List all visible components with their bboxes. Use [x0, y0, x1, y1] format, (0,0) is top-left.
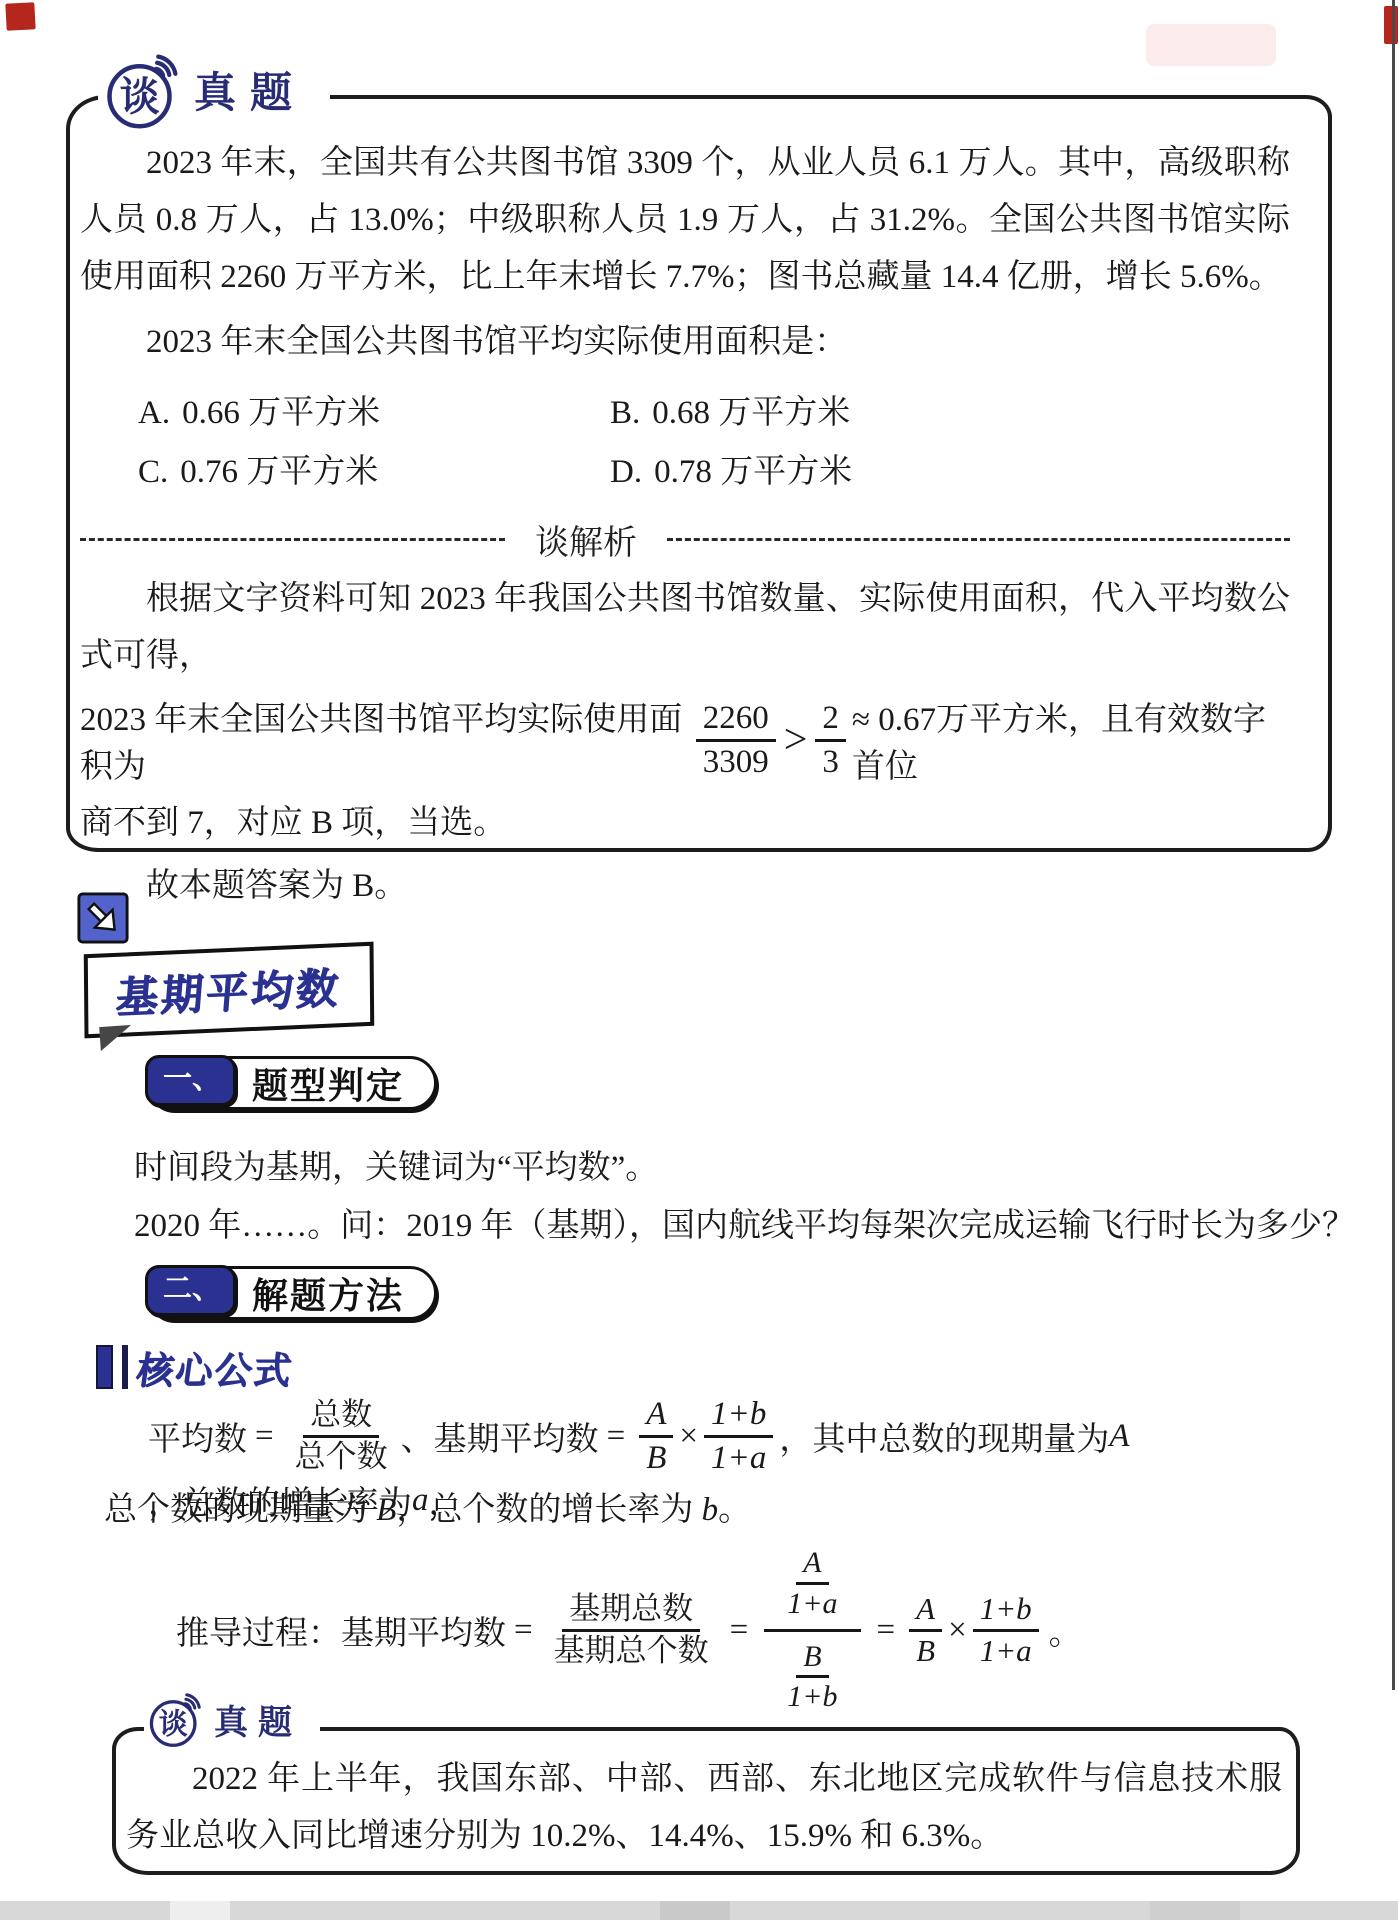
- exam1-options: A. 0.66 万平方米 B. 0.68 万平方米 C. 0.76 万平方米 D…: [138, 385, 1290, 501]
- fraction-2-3: 2 3: [815, 700, 846, 781]
- core-formula-line2: 总个数的现期量为 B，总个数的增长率为 b。: [104, 1488, 751, 1532]
- badge-label: 真题: [194, 60, 306, 120]
- tan-speech-radio-icon: 谈: [102, 50, 182, 130]
- option-d-key: D.: [610, 444, 642, 501]
- fraction-1b-over-1a: 1+b 1+a: [704, 1396, 773, 1477]
- option-a-key: A.: [138, 385, 170, 442]
- option-c-key: C.: [138, 444, 168, 501]
- fraction-base-total-over-base-count: 基期总数 基期总个数: [547, 1592, 716, 1668]
- red-corner-mark-top-left: [5, 2, 35, 30]
- heading-question-type: 一、 题型判定: [146, 1056, 437, 1110]
- fraction-B-over-1b: B 1+b: [780, 1640, 844, 1714]
- times-sign-2: ×: [948, 1612, 967, 1649]
- option-a-text: 0.66 万平方米: [182, 385, 380, 442]
- judge-example-text: 2020 年……。问：2019 年（基期），国内航线平均每架次完成运输飞行时长为…: [134, 1204, 1355, 1248]
- option-b: B. 0.68 万平方米: [610, 385, 1290, 442]
- exam-question-badge: 谈 真题: [98, 50, 330, 130]
- derive-lead: 推导过程：基期平均数: [176, 1607, 506, 1654]
- analysis-conclusion: 故本题答案为 B。: [80, 858, 1290, 915]
- analysis-line2-pre: 2023 年末全国公共图书馆平均实际使用面积为: [80, 693, 690, 787]
- section-banner: 基期平均数: [84, 942, 374, 1039]
- core-formula-label: 核心公式: [133, 1340, 297, 1394]
- divider-dash-right: [667, 538, 1290, 541]
- arrow-down-right-icon: [76, 891, 130, 945]
- exam2-material-paragraph: 2022 年上半年，我国东部、中部、西部、东北地区完成软件与信息技术服务业总收入…: [126, 1751, 1282, 1865]
- analysis-line2-post: ≈ 0.67万平方米，且有效数字首位: [852, 693, 1290, 787]
- base-avg-term: 、基期平均数: [401, 1413, 599, 1460]
- option-d-text: 0.78 万平方米: [654, 444, 852, 501]
- svg-text:谈: 谈: [120, 74, 160, 119]
- fraction-2260-3309: 2260 3309: [696, 700, 776, 781]
- avg-term: 平均数: [148, 1413, 247, 1460]
- analysis-line3: 商不到 7，对应 B 项，当选。: [80, 795, 1290, 852]
- exam-question-box-1: 2023 年末，全国共有公共图书馆 3309 个，从业人员 6.1 万人。其中，…: [66, 95, 1332, 852]
- option-b-key: B.: [610, 385, 640, 442]
- thin-bar-icon: [122, 1345, 128, 1389]
- var-B: B: [376, 1492, 396, 1528]
- svg-text:谈: 谈: [159, 1708, 188, 1741]
- heading2-title: 解题方法: [252, 1268, 404, 1319]
- scan-bottom-strip: [0, 1901, 1398, 1920]
- exam1-material-paragraph: 2023 年末，全国共有公共图书馆 3309 个，从业人员 6.1 万人。其中，…: [80, 135, 1290, 306]
- nested-fraction: A 1+a B 1+b: [764, 1546, 860, 1713]
- heading-solution-method: 二、 解题方法: [146, 1266, 437, 1320]
- fraction-A-over-1a: A 1+a: [780, 1546, 844, 1620]
- option-c-text: 0.76 万平方米: [180, 444, 378, 501]
- var-b: b: [702, 1492, 719, 1528]
- pink-highlight-smudge: [1146, 24, 1276, 66]
- analysis-formula-line: 2023 年末全国公共图书馆平均实际使用面积为 2260 3309 > 2 3 …: [80, 693, 1290, 787]
- heading1-number: 一、: [145, 1055, 236, 1106]
- divider-dash-left: [80, 538, 505, 541]
- heading2-number: 二、: [145, 1265, 236, 1316]
- exam-question-box-2: 2022 年上半年，我国东部、中部、西部、东北地区完成软件与信息技术服务业总收入…: [112, 1727, 1300, 1875]
- option-c: C. 0.76 万平方米: [138, 444, 610, 501]
- analysis-divider: 谈解析: [80, 517, 1290, 561]
- option-d: D. 0.78 万平方米: [610, 444, 1290, 501]
- section-title: 基期平均数: [114, 955, 344, 1025]
- core-formula-heading: 核心公式: [96, 1340, 293, 1394]
- divider-label: 谈解析: [535, 515, 637, 564]
- fraction-A-over-B: A B: [639, 1396, 673, 1477]
- times-sign: ×: [679, 1418, 698, 1455]
- red-corner-mark-top-right: [1384, 6, 1398, 44]
- analysis-line1: 根据文字资料可知 2023 年我国公共图书馆数量、实际使用面积，代入平均数公式可…: [80, 571, 1290, 685]
- exam1-question: 2023 年末全国公共图书馆平均实际使用面积是：: [80, 314, 1290, 371]
- tan-speech-radio-icon: 谈: [146, 1690, 204, 1748]
- scanned-textbook-page: 谈 真题 2023 年末，全国共有公共图书馆 3309 个，从业人员 6.1 万…: [0, 0, 1398, 1920]
- option-b-text: 0.68 万平方米: [652, 385, 850, 442]
- heading1-title: 题型判定: [252, 1058, 404, 1109]
- fraction-1b-over-1a-2: 1+b 1+a: [973, 1592, 1039, 1668]
- greater-than-sign: >: [784, 716, 808, 764]
- exam-question-badge-2: 谈 真题: [144, 1690, 320, 1748]
- option-a: A. 0.66 万平方米: [138, 385, 610, 442]
- judge-rule-text: 时间段为基期，关键词为“平均数”。: [134, 1146, 658, 1190]
- var-A: A: [1109, 1418, 1129, 1455]
- banner-fold-triangle: [99, 1025, 133, 1051]
- fraction-total-over-count: 总数 总个数: [288, 1398, 395, 1474]
- blue-bar-icon: [96, 1345, 113, 1389]
- page-edge-line: [1392, 0, 1395, 1690]
- fraction-A-over-B-2: A B: [909, 1592, 942, 1668]
- badge-label: 真题: [214, 1695, 302, 1744]
